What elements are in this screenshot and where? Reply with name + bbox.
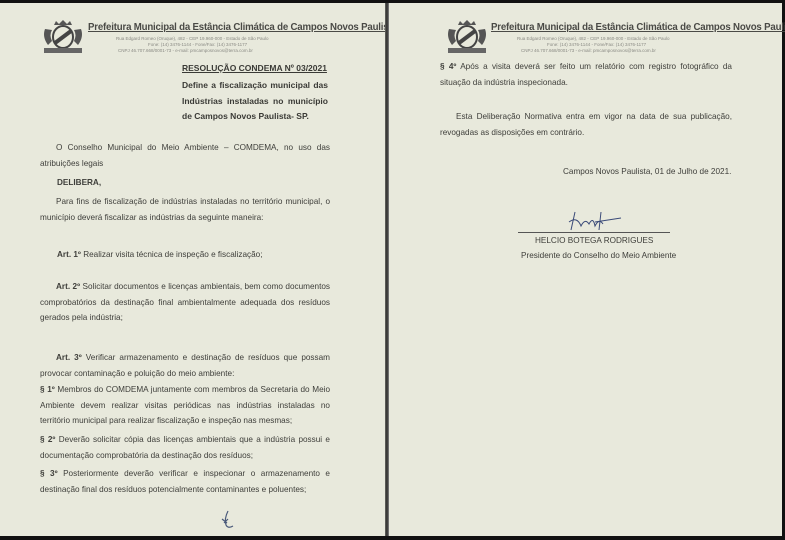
closing-paragraph: Esta Deliberação Normativa entra em vigo… — [440, 109, 732, 140]
signatory-name: HELCIO BOTEGA RODRIGUES — [535, 233, 653, 249]
letterhead-phone: Fone: (14) 3476-1144 - Fone/Fax: (14) 34… — [148, 42, 247, 47]
article-1: Art. 1º Realizar visita técnica de inspe… — [57, 247, 337, 263]
letterhead-cnpj: CNPJ 46.707.668/0001-73 - e-mail: pmcamp… — [521, 48, 656, 53]
preamble: O Conselho Municipal do Meio Ambiente – … — [40, 140, 330, 171]
article-1-label: Art. 1º — [57, 250, 81, 259]
paragraph-1: § 1º Membros do COMDEMA juntamente com m… — [40, 382, 330, 429]
resolution-title: RESOLUÇÃO CONDEMA Nº 03/2021 — [182, 63, 332, 73]
paragraph-3-label: § 3º — [40, 469, 58, 478]
letterhead-cnpj: CNPJ 46.707.668/0001-73 - e-mail: pmcamp… — [118, 48, 253, 53]
paragraph-2-text: Deverão solicitar cópia das licenças amb… — [40, 435, 330, 460]
paragraph-4: § 4º Após a visita deverá ser feito um r… — [440, 59, 732, 90]
intro-paragraph: Para fins de fiscalização de indústrias … — [40, 194, 330, 225]
article-3-label: Art. 3º — [56, 353, 82, 362]
paragraph-2: § 2º Deverão solicitar cópia das licença… — [40, 432, 330, 463]
coat-of-arms-icon — [444, 19, 490, 55]
letterhead-title: Prefeitura Municipal da Estância Climáti… — [88, 21, 397, 33]
resolution-subject: Define a fiscalização municipal das Indú… — [182, 78, 328, 125]
letterhead: Prefeitura Municipal da Estância Climáti… — [0, 19, 386, 59]
coat-of-arms-icon — [40, 19, 86, 55]
signatory-role: Presidente do Conselho do Meio Ambiente — [521, 248, 676, 264]
delibera-heading: DELIBERA, — [57, 175, 101, 191]
letterhead-address: Rua Edgard Romeo (Oruque), 482 - CEP 19.… — [116, 36, 269, 41]
place-date: Campos Novos Paulista, 01 de Julho de 20… — [563, 164, 731, 180]
article-2: Art. 2º Solicitar documentos e licenças … — [40, 279, 330, 326]
article-2-label: Art. 2º — [56, 282, 80, 291]
paragraph-1-text: Membros do COMDEMA juntamente com membro… — [40, 385, 330, 425]
paragraph-2-label: § 2º — [40, 435, 55, 444]
frame-bottom-border — [0, 536, 785, 540]
initials-signature-icon — [218, 509, 238, 531]
article-3-text: Verificar armazenamento e destinação de … — [40, 353, 330, 378]
letterhead-phone: Fone: (14) 3476-1144 - Fone/Fax: (14) 34… — [547, 42, 646, 47]
article-2-text: Solicitar documentos e licenças ambienta… — [40, 282, 330, 322]
paragraph-3-text: Posteriormente deverão verificar e inspe… — [40, 469, 330, 494]
letterhead-title: Prefeitura Municipal da Estância Climáti… — [491, 21, 785, 33]
document-page-2: Prefeitura Municipal da Estância Climáti… — [389, 3, 782, 536]
letterhead: Prefeitura Municipal da Estância Climáti… — [389, 19, 782, 59]
article-1-text: Realizar visita técnica de inspeção e fi… — [81, 250, 263, 259]
signature-icon — [565, 208, 625, 234]
paragraph-4-label: § 4º — [440, 62, 456, 71]
paragraph-4-text: Após a visita deverá ser feito um relató… — [440, 62, 732, 87]
letterhead-address: Rua Edgard Romeo (Oruque), 482 - CEP 19.… — [517, 36, 670, 41]
paragraph-3: § 3º Posteriormente deverão verificar e … — [40, 466, 330, 497]
document-page-1: Prefeitura Municipal da Estância Climáti… — [0, 3, 386, 536]
paragraph-1-label: § 1º — [40, 385, 55, 394]
article-3: Art. 3º Verificar armazenamento e destin… — [40, 350, 330, 381]
